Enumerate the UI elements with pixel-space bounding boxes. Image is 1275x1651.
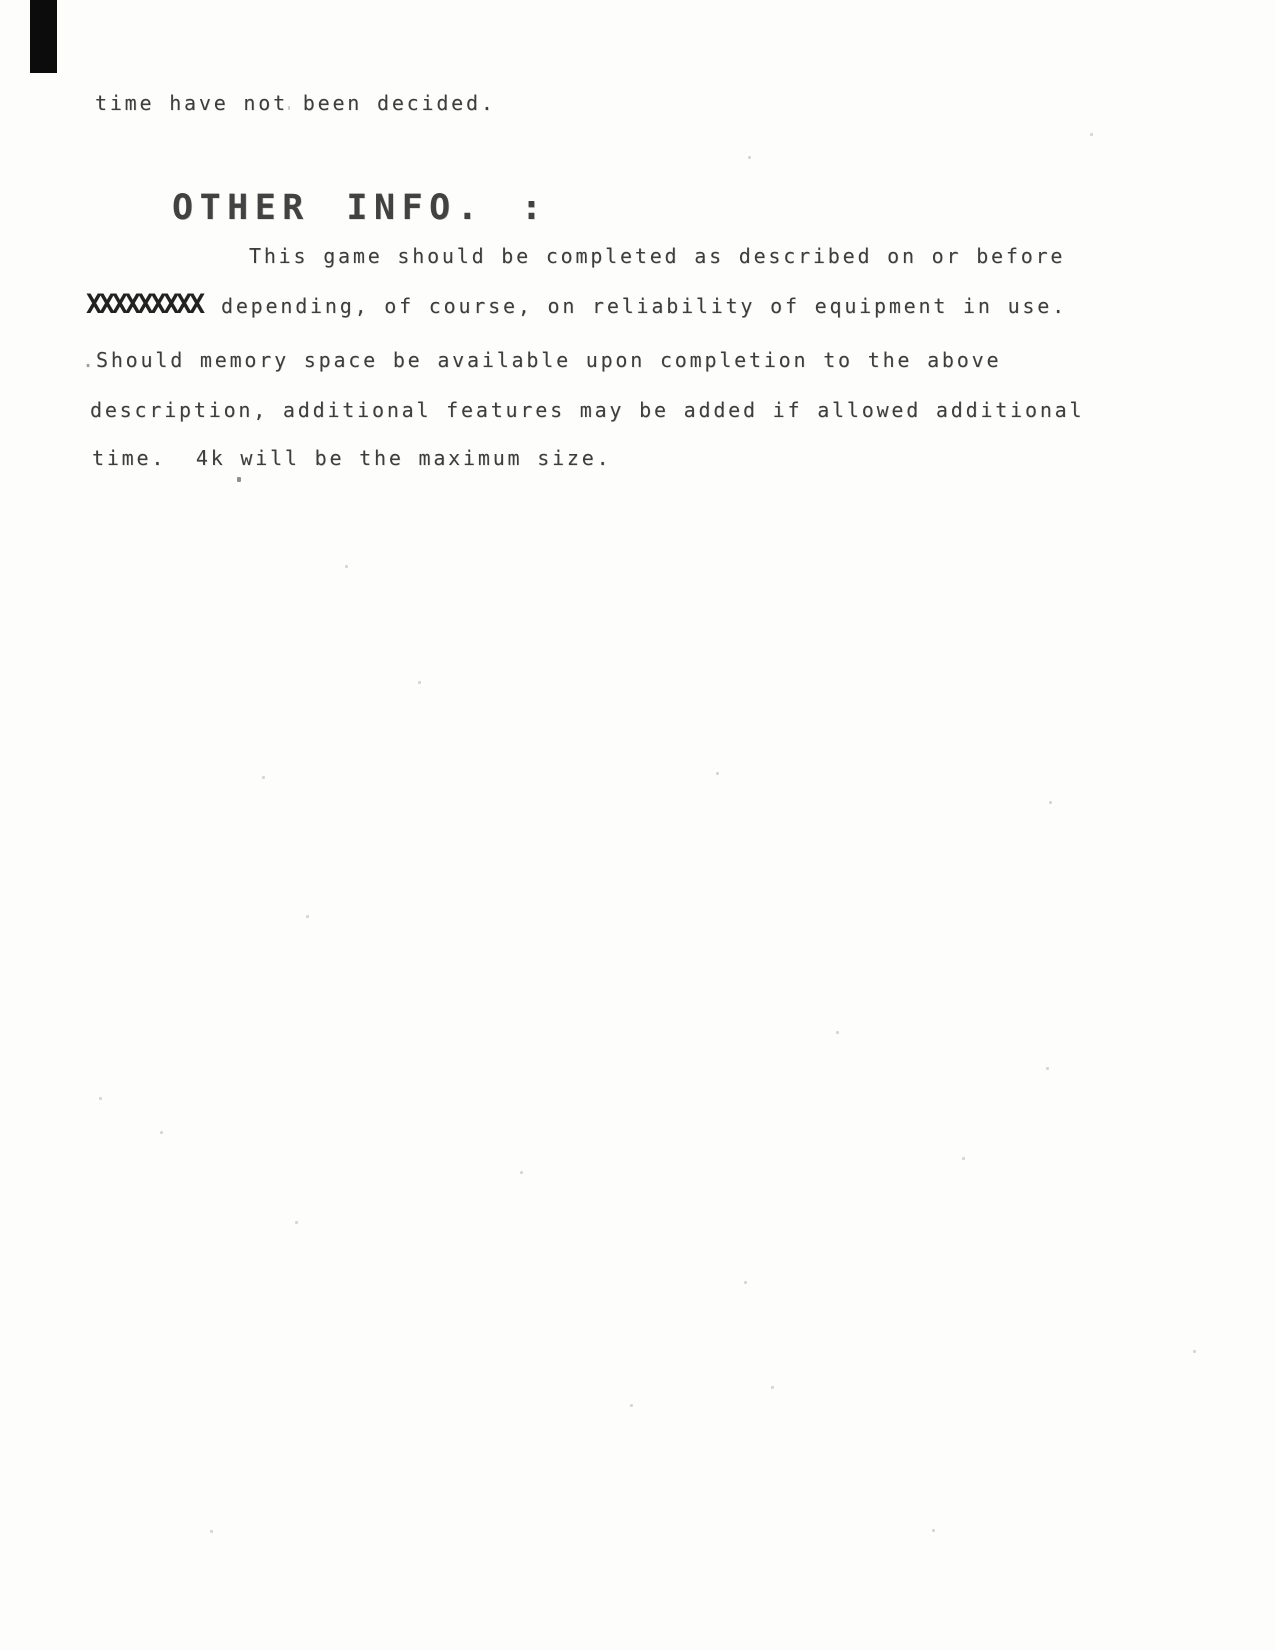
struck-out-text: XXXXXXXXX: [86, 291, 202, 318]
scan-speck: [932, 1529, 935, 1532]
scan-speck: [962, 1157, 965, 1160]
intro-line: time have not been decided.: [95, 91, 496, 115]
scan-speck: [237, 477, 241, 482]
scan-speck: [771, 1386, 774, 1389]
body-line-3: Should memory space be available upon co…: [96, 348, 1001, 372]
scan-speck: [418, 681, 421, 684]
body-line-2: depending, of course, on reliability of …: [221, 294, 1067, 318]
scan-speck: [1049, 801, 1052, 804]
scan-speck: [630, 1404, 633, 1407]
scan-speck: [1090, 133, 1093, 136]
scan-speck: [716, 772, 719, 775]
scan-speck: [345, 565, 348, 568]
scan-speck: [306, 915, 309, 918]
scan-speck: [748, 156, 751, 159]
scan-speck: [288, 106, 290, 110]
scan-speck: [744, 1281, 747, 1284]
section-heading: OTHER INFO. :: [172, 191, 548, 226]
scan-speck: [836, 1031, 839, 1034]
scan-speck: [520, 1171, 523, 1174]
body-line-5: time. 4k will be the maximum size.: [92, 446, 611, 470]
scan-speck: [1193, 1350, 1196, 1353]
scan-speck: [160, 1131, 163, 1134]
stray-period-mark: .: [82, 348, 97, 372]
scan-speck: [262, 776, 265, 779]
scan-speck: [295, 1221, 298, 1224]
body-line-4: description, additional features may be …: [90, 398, 1084, 422]
body-line-1: This game should be completed as describ…: [249, 244, 1065, 268]
scan-speck: [210, 1530, 213, 1533]
scan-artifact-black-mark: [30, 0, 57, 73]
scan-speck: [1046, 1067, 1049, 1070]
scan-speck: [99, 1097, 102, 1100]
scanned-document-page: time have not been decided. OTHER INFO. …: [0, 0, 1275, 1651]
